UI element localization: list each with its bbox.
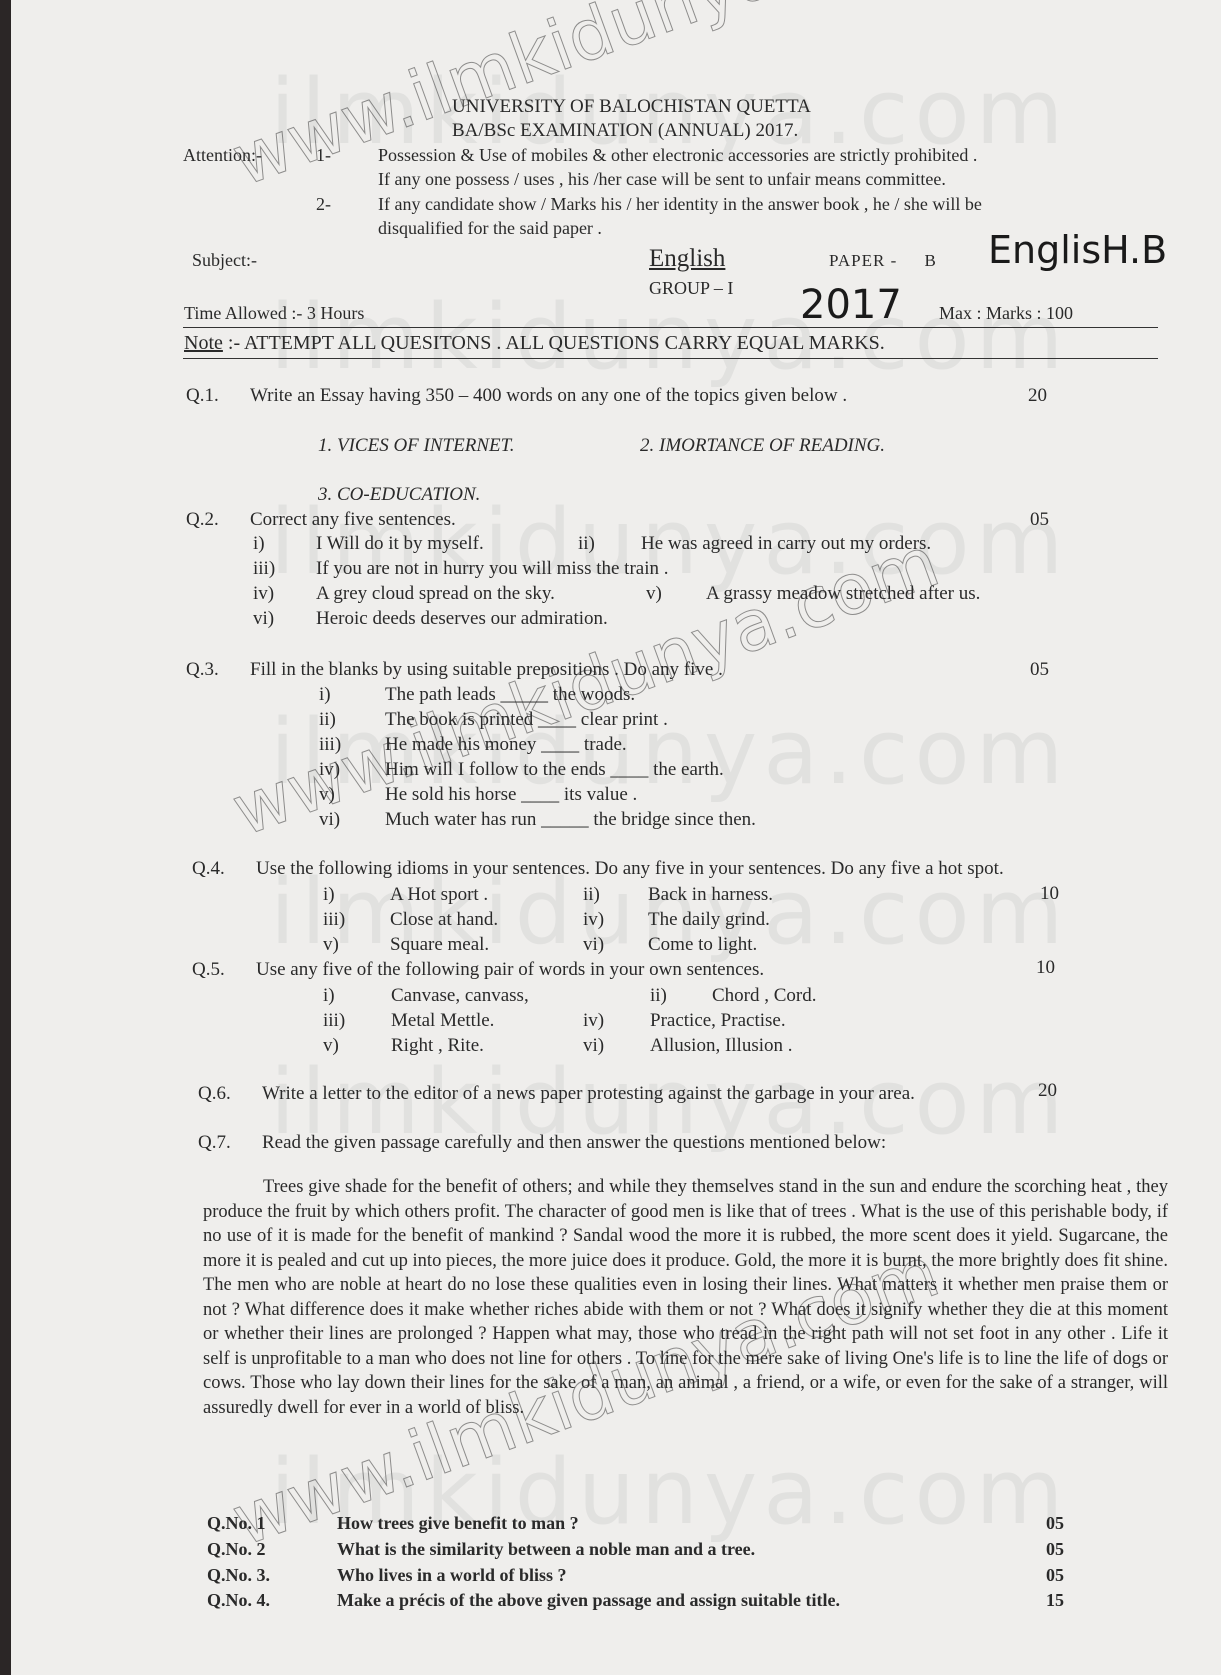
- item-text: Back in harness.: [648, 884, 773, 906]
- question-text: Write a letter to the editor of a news p…: [262, 1083, 915, 1104]
- marks: 05: [1046, 1565, 1064, 1586]
- marks: 15: [1046, 1590, 1064, 1611]
- question-4: Q.4.Use the following idioms in your sen…: [192, 858, 1004, 880]
- university-name: UNIVERSITY OF BALOCHISTAN QUETTA: [452, 96, 811, 118]
- item-number: ii): [583, 884, 600, 906]
- marks: 05: [1030, 509, 1049, 531]
- subquestion-number: Q.No. 1: [207, 1513, 337, 1534]
- group-label: GROUP – I: [649, 278, 733, 299]
- comprehension-passage: Trees give shade for the benefit of othe…: [203, 1175, 1168, 1420]
- handwritten-year: 2017: [800, 282, 902, 328]
- subquestion: Q.No. 2What is the similarity between a …: [207, 1539, 755, 1560]
- item-number: iii): [319, 734, 341, 756]
- subquestion-text: How trees give benefit to man ?: [337, 1513, 579, 1533]
- item-text: I Will do it by myself.: [316, 533, 484, 555]
- marks: 05: [1030, 659, 1049, 681]
- subquestion-number: Q.No. 2: [207, 1539, 337, 1560]
- attention-label: Attention:-: [183, 145, 262, 166]
- note-label: Note: [184, 332, 223, 354]
- attention-line: disqualified for the said paper .: [378, 218, 602, 239]
- time-allowed: Time Allowed :- 3 Hours: [184, 303, 364, 324]
- paper-label: PAPER - B: [829, 251, 937, 271]
- question-text: Write an Essay having 350 – 400 words on…: [250, 385, 847, 406]
- subquestion-text: Who lives in a world of bliss ?: [337, 1565, 567, 1585]
- item-text: Close at hand.: [390, 909, 498, 931]
- essay-topic: 1. VICES OF INTERNET.: [318, 435, 515, 457]
- subquestion-number: Q.No. 3.: [207, 1565, 337, 1586]
- marks: 10: [1036, 957, 1055, 979]
- question-number: Q.7.: [198, 1132, 262, 1154]
- question-text: Fill in the blanks by using suitable pre…: [250, 659, 723, 680]
- subquestion: Q.No. 4.Make a précis of the above given…: [207, 1590, 840, 1611]
- paper-value: B: [925, 251, 937, 270]
- item-text: A grey cloud spread on the sky.: [316, 583, 555, 605]
- item-text: Right , Rite.: [391, 1035, 484, 1057]
- subquestion: Q.No. 3.Who lives in a world of bliss ?: [207, 1565, 567, 1586]
- question-number: Q.5.: [192, 959, 256, 981]
- item-number: ii): [578, 533, 595, 555]
- item-number: i): [319, 684, 331, 706]
- item-number: v): [323, 1035, 339, 1057]
- item-number: iii): [323, 1010, 345, 1032]
- item-text: Him will I follow to the ends ____ the e…: [385, 759, 724, 781]
- item-text: Heroic deeds deserves our admiration.: [316, 608, 608, 630]
- item-number: ii): [319, 709, 336, 731]
- subquestion: Q.No. 1How trees give benefit to man ?: [207, 1513, 579, 1534]
- item-text: The path leads _____ the woods.: [385, 684, 635, 706]
- question-5: Q.5.Use any five of the following pair o…: [192, 959, 764, 981]
- item-text: Chord , Cord.: [712, 985, 817, 1007]
- note: Note :- ATTEMPT ALL QUESITONS . ALL QUES…: [184, 332, 885, 355]
- item-number: v): [319, 784, 335, 806]
- attention-line: Possession & Use of mobiles & other elec…: [378, 145, 977, 166]
- item-text: The book is printed ____ clear print .: [385, 709, 668, 731]
- question-text: Use any five of the following pair of wo…: [256, 959, 764, 980]
- marks: 05: [1046, 1539, 1064, 1560]
- attention-num-1: 1-: [316, 145, 331, 166]
- question-6: Q.6.Write a letter to the editor of a ne…: [198, 1083, 915, 1105]
- question-7: Q.7.Read the given passage carefully and…: [198, 1132, 886, 1154]
- note-rule: [183, 358, 1158, 359]
- item-number: iv): [583, 909, 604, 931]
- question-3: Q.3.Fill in the blanks by using suitable…: [186, 659, 723, 681]
- marks: 20: [1038, 1080, 1057, 1102]
- item-number: i): [323, 985, 335, 1007]
- item-number: vi): [583, 934, 604, 956]
- question-number: Q.3.: [186, 659, 250, 681]
- item-text: Come to light.: [648, 934, 757, 956]
- item-text: Much water has run _____ the bridge sinc…: [385, 809, 756, 831]
- marks: 10: [1040, 883, 1059, 905]
- item-text: He sold his horse ____ its value .: [385, 784, 637, 806]
- subject-value: English: [649, 245, 725, 273]
- marks: 20: [1028, 385, 1047, 407]
- item-number: iv): [253, 583, 274, 605]
- item-number: iii): [323, 909, 345, 931]
- item-number: iii): [253, 558, 275, 580]
- item-number: vi): [319, 809, 340, 831]
- item-text: Practice, Practise.: [650, 1010, 786, 1032]
- question-number: Q.2.: [186, 509, 250, 531]
- item-number: i): [253, 533, 265, 555]
- item-text: He made his money ____ trade.: [385, 734, 627, 756]
- note-text: :- ATTEMPT ALL QUESITONS . ALL QUESTIONS…: [223, 332, 885, 354]
- marks: 05: [1046, 1513, 1064, 1534]
- question-number: Q.1.: [186, 385, 250, 407]
- subquestion-number: Q.No. 4.: [207, 1590, 337, 1611]
- item-number: vi): [583, 1035, 604, 1057]
- attention-line: If any one possess / uses , his /her cas…: [378, 169, 946, 190]
- attention-num-2: 2-: [316, 194, 331, 215]
- scan-edge: [0, 0, 11, 1675]
- item-number: iv): [319, 759, 340, 781]
- exam-title: BA/BSc EXAMINATION (ANNUAL) 2017.: [452, 120, 798, 142]
- attention-line: If any candidate show / Marks his / her …: [378, 194, 982, 215]
- question-number: Q.4.: [192, 858, 256, 880]
- item-text: Square meal.: [390, 934, 489, 956]
- item-text: Canvase, canvass,: [391, 985, 529, 1007]
- item-number: vi): [253, 608, 274, 630]
- essay-topic: 2. IMORTANCE OF READING.: [640, 435, 885, 457]
- essay-topic: 3. CO-EDUCATION.: [318, 484, 480, 506]
- item-number: v): [323, 934, 339, 956]
- question-1: Q.1.Write an Essay having 350 – 400 word…: [186, 385, 847, 407]
- item-number: i): [323, 884, 335, 906]
- header-rule: [183, 327, 1158, 328]
- question-text: Use the following idioms in your sentenc…: [256, 858, 1004, 879]
- question-text: Correct any five sentences.: [250, 509, 456, 530]
- item-text: The daily grind.: [648, 909, 770, 931]
- item-number: v): [646, 583, 662, 605]
- max-marks: Max : Marks : 100: [939, 303, 1073, 324]
- item-number: ii): [650, 985, 667, 1007]
- item-text: A grassy meadow stretched after us.: [706, 583, 980, 605]
- item-text: If you are not in hurry you will miss th…: [316, 558, 669, 580]
- question-text: Read the given passage carefully and the…: [262, 1132, 886, 1153]
- question-number: Q.6.: [198, 1083, 262, 1105]
- item-text: Metal Mettle.: [391, 1010, 494, 1032]
- subject-label: Subject:-: [192, 250, 257, 271]
- subquestion-text: Make a précis of the above given passage…: [337, 1590, 840, 1610]
- item-text: Allusion, Illusion .: [650, 1035, 793, 1057]
- question-2: Q.2.Correct any five sentences.: [186, 509, 456, 531]
- item-text: A Hot sport .: [390, 884, 488, 906]
- item-text: He was agreed in carry out my orders.: [641, 533, 931, 555]
- item-number: iv): [583, 1010, 604, 1032]
- paper-label-text: PAPER -: [829, 251, 897, 270]
- subquestion-text: What is the similarity between a noble m…: [337, 1539, 755, 1559]
- handwritten-subject: EnglisH.B: [988, 228, 1167, 272]
